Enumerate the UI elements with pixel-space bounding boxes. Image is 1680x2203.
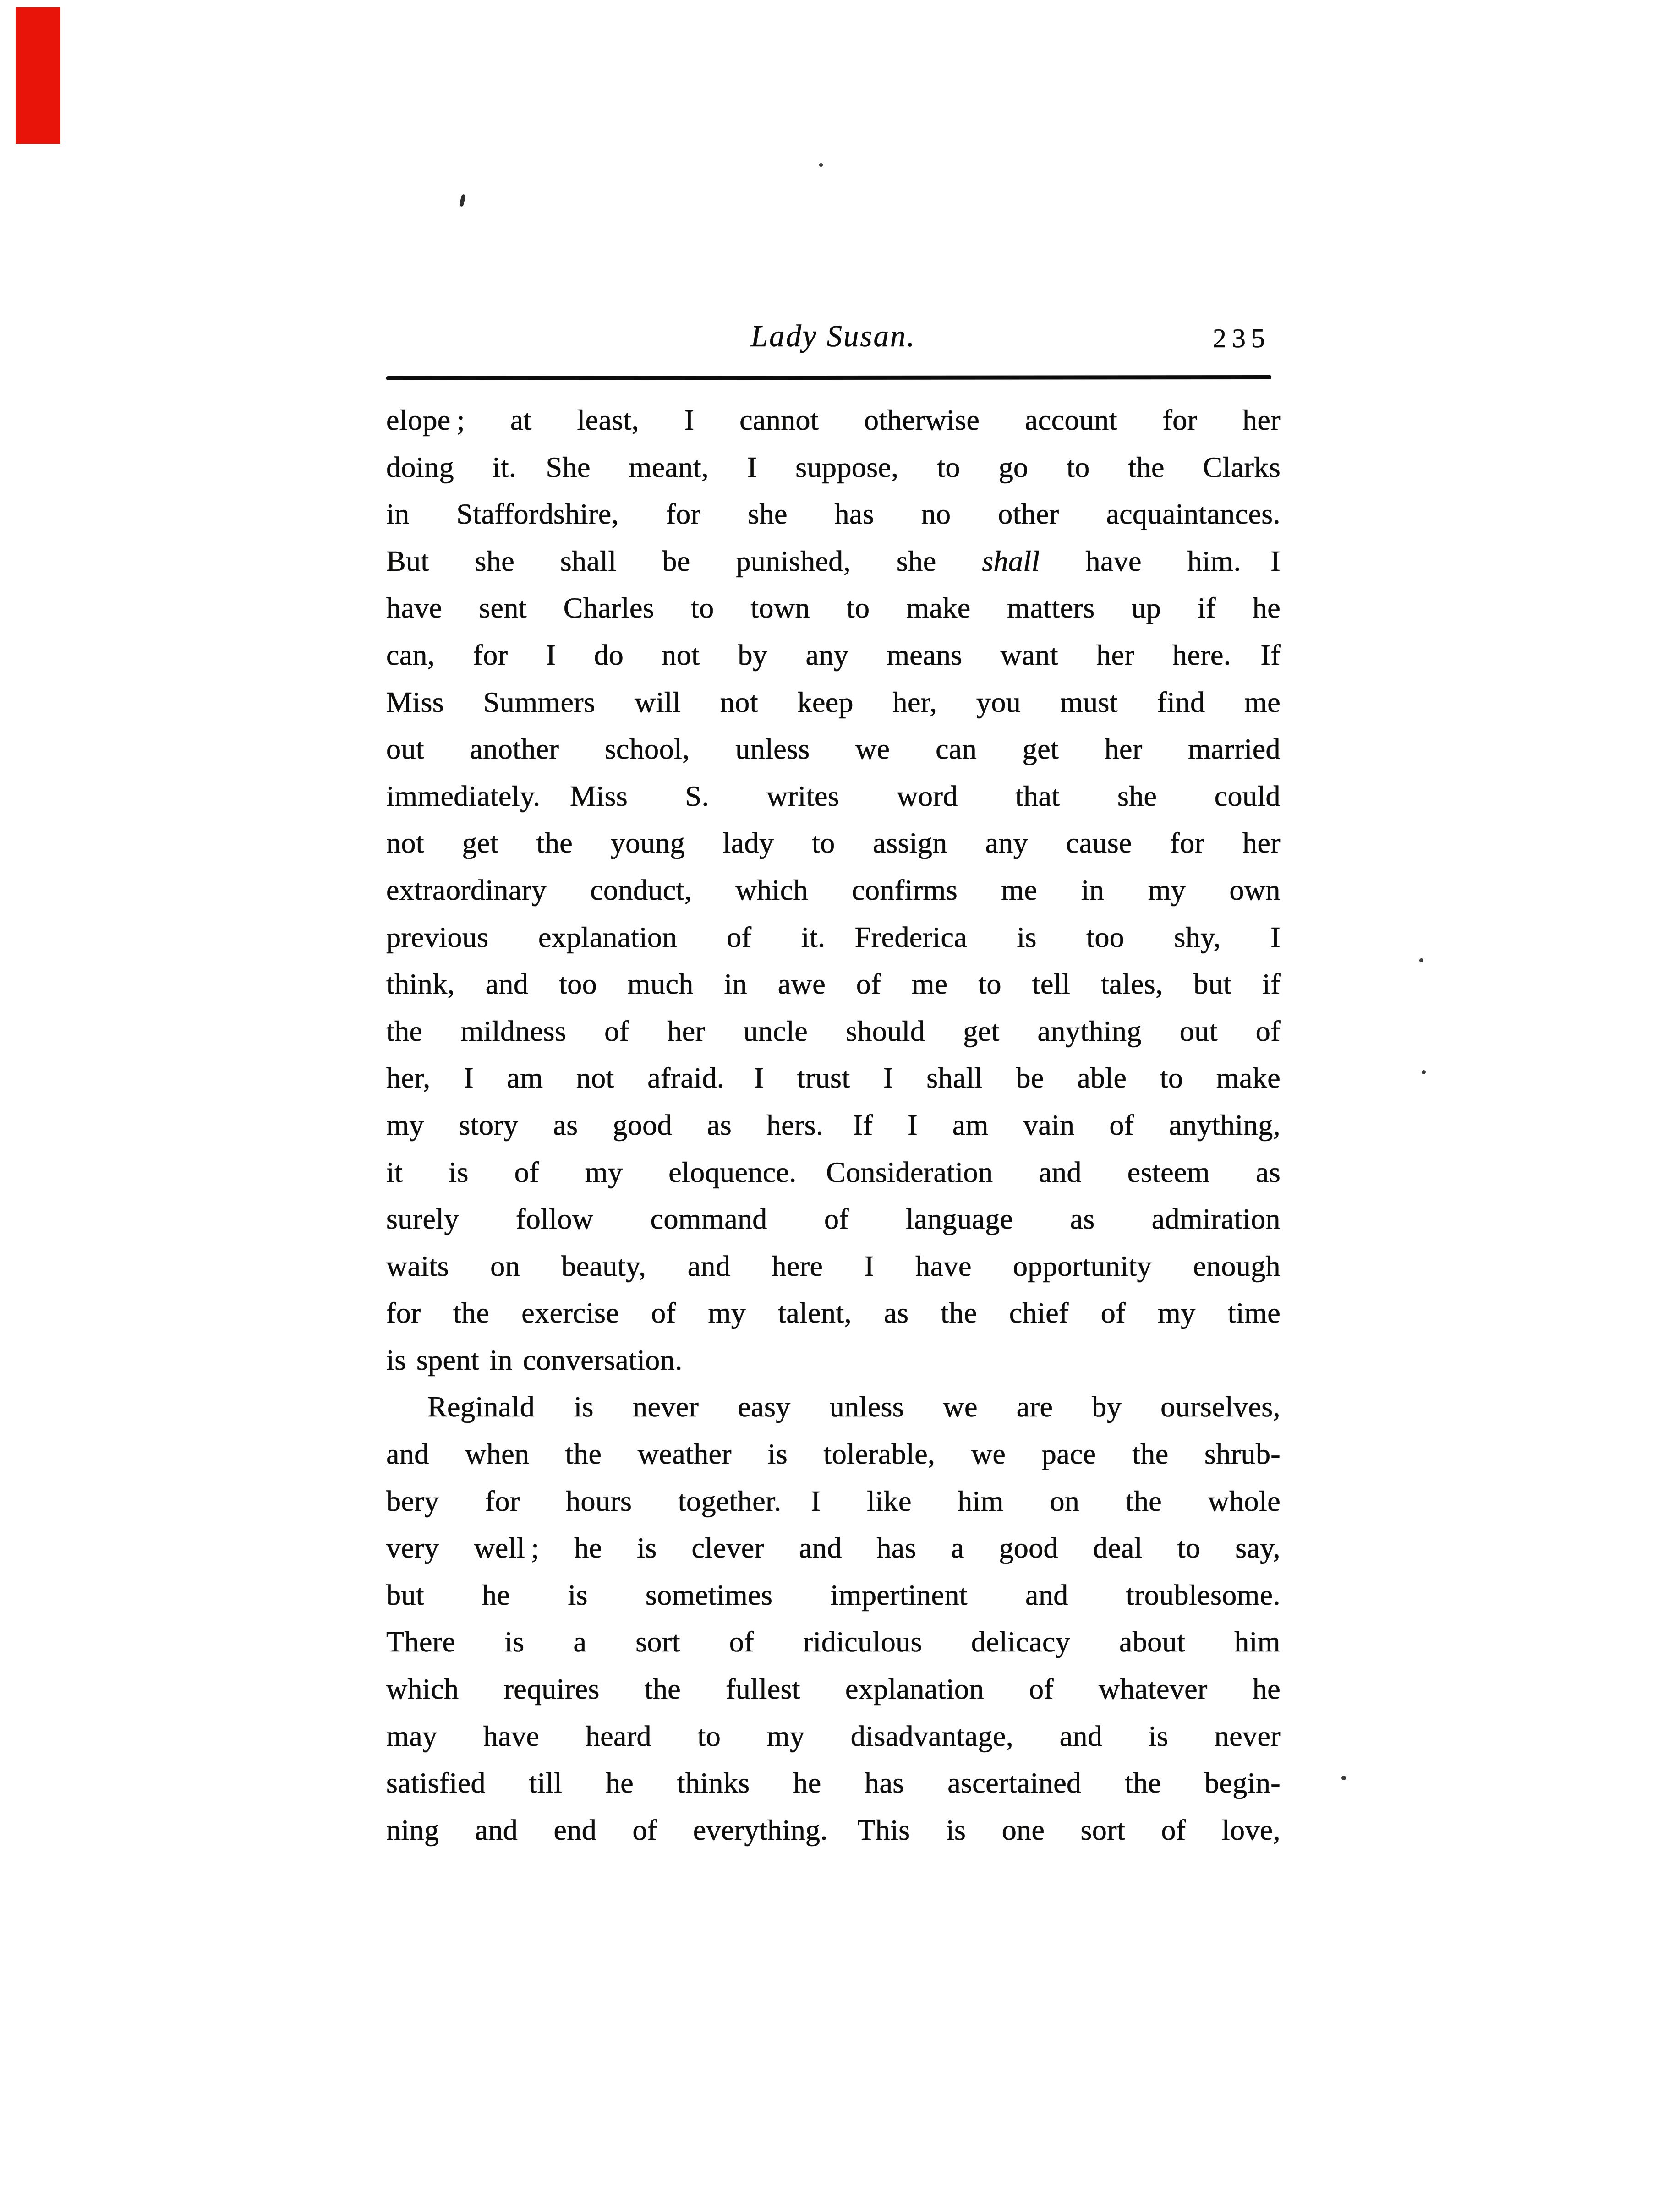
book-page: Lady Susan. 235 elope ; at least, I cann… bbox=[0, 0, 1680, 2203]
text-segment: But she shall be punished, she bbox=[386, 545, 982, 577]
ink-speck bbox=[819, 163, 823, 167]
header-rule-divider bbox=[386, 375, 1271, 380]
text-line: satisfied till he thinks he has ascertai… bbox=[386, 1760, 1281, 1807]
text-line: extraordinary conduct, which confirms me… bbox=[386, 867, 1281, 914]
text-line: think, and too much in awe of me to tell… bbox=[386, 961, 1281, 1008]
ink-speck bbox=[1422, 1070, 1426, 1074]
text-line: in Staffordshire, for she has no other a… bbox=[386, 491, 1281, 538]
text-line: very well ; he is clever and has a good … bbox=[386, 1525, 1281, 1572]
text-line: my story as good as hers. If I am vain o… bbox=[386, 1102, 1281, 1149]
text-line: which requires the fullest explanation o… bbox=[386, 1666, 1281, 1713]
text-line: waits on beauty, and here I have opportu… bbox=[386, 1243, 1281, 1290]
text-line: Miss Summers will not keep her, you must… bbox=[386, 679, 1281, 726]
text-line: There is a sort of ridiculous delicacy a… bbox=[386, 1618, 1281, 1666]
page-header: Lady Susan. 235 bbox=[386, 313, 1281, 364]
text-line: Reginald is never easy unless we are by … bbox=[386, 1383, 1281, 1431]
text-segment-italic: shall bbox=[982, 545, 1040, 577]
text-line: immediately. Miss S. writes word that sh… bbox=[386, 773, 1281, 820]
page-number: 235 bbox=[1213, 315, 1270, 361]
text-line: for the exercise of my talent, as the ch… bbox=[386, 1290, 1281, 1337]
text-line: can, for I do not by any means want her … bbox=[386, 632, 1281, 679]
text-line: But she shall be punished, she shall hav… bbox=[386, 538, 1281, 585]
text-line: have sent Charles to town to make matter… bbox=[386, 585, 1281, 632]
text-line: it is of my eloquence. Consideration and… bbox=[386, 1149, 1281, 1196]
text-line: elope ; at least, I cannot otherwise acc… bbox=[386, 397, 1281, 444]
ink-speck bbox=[1419, 958, 1423, 962]
text-line: out another school, unless we can get he… bbox=[386, 726, 1281, 773]
body-text: elope ; at least, I cannot otherwise acc… bbox=[386, 397, 1281, 1853]
text-line: previous explanation of it. Frederica is… bbox=[386, 914, 1281, 961]
text-line: surely follow command of language as adm… bbox=[386, 1196, 1281, 1243]
text-line: the mildness of her uncle should get any… bbox=[386, 1008, 1281, 1055]
text-line: doing it. She meant, I suppose, to go to… bbox=[386, 444, 1281, 491]
text-segment: have him. I bbox=[1040, 545, 1281, 577]
text-line: bery for hours together. I like him on t… bbox=[386, 1478, 1281, 1525]
ink-speck bbox=[1341, 1776, 1346, 1780]
text-line: not get the young lady to assign any cau… bbox=[386, 820, 1281, 867]
text-line: and when the weather is tolerable, we pa… bbox=[386, 1431, 1281, 1478]
text-line: her, I am not afraid. I trust I shall be… bbox=[386, 1055, 1281, 1102]
ink-speck bbox=[459, 194, 466, 207]
text-line: may have heard to my disadvantage, and i… bbox=[386, 1713, 1281, 1760]
scanner-red-mark bbox=[16, 7, 60, 144]
text-line: ning and end of everything. This is one … bbox=[386, 1807, 1281, 1854]
text-line: but he is sometimes impertinent and trou… bbox=[386, 1572, 1281, 1619]
text-line: is spent in conversation. bbox=[386, 1337, 1281, 1384]
running-title: Lady Susan. bbox=[386, 313, 1281, 359]
